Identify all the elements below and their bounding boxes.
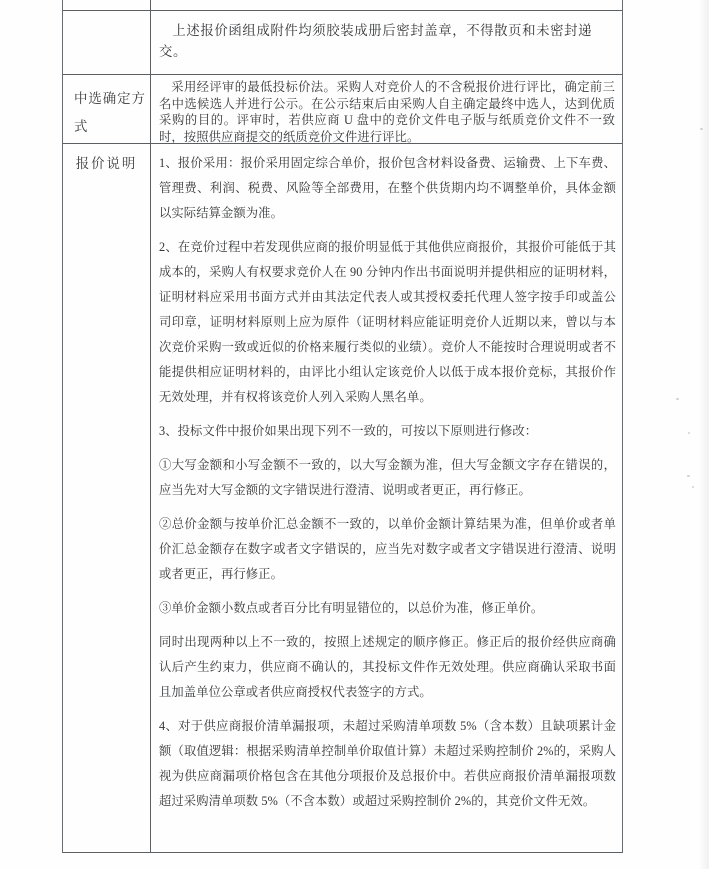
scanned-document-page: 上述报价函组成附件均须胶装成册后密封盖章，不得散页和未密封递交。 中选确定方式 … — [0, 0, 709, 869]
scan-speck — [688, 432, 690, 434]
table-row-continuation-spacer — [63, 0, 622, 10]
scan-speck — [676, 398, 679, 400]
scan-edge-shadow — [699, 0, 709, 869]
selection-method-label: 中选确定方式 — [63, 75, 150, 141]
table-row-quotation-notes: 报价说明 1、报价采用：报价采用固定综合单价，报价包含材料设备费、运输费、上下车… — [63, 143, 622, 852]
quotation-note-paragraph-4: ①大写金额和小写金额不一致的，以大写金额为准，但大写金额文字存在错误的，应当先对… — [159, 453, 616, 503]
selection-method-label-cell: 中选确定方式 — [63, 75, 151, 143]
sealing-note-label-cell — [63, 11, 151, 74]
spacer-content-cell — [151, 0, 622, 10]
quotation-note-paragraph-7: 同时出现两种以上不一致的，按照上述规定的顺序修正。修正后的报价经供应商确认后产生… — [159, 630, 616, 705]
quotation-notes-content-cell: 1、报价采用：报价采用固定综合单价，报价包含材料设备费、运输费、上下车费、管理费… — [151, 144, 622, 852]
selection-method-content-cell: 采用经评审的最低投标价法。采购人对竞价人的不含税报价进行评比，确定前三名中选候选… — [151, 75, 622, 143]
scan-speck — [692, 486, 694, 488]
scan-speck — [687, 475, 690, 477]
table-row-sealing-note: 上述报价函组成附件均须胶装成册后密封盖章，不得散页和未密封递交。 — [63, 10, 622, 74]
quotation-note-paragraph-2: 2、在竞价过程中若发现供应商的报价明显低于其他供应商报价，其报价可能低于其成本的… — [159, 235, 616, 410]
quotation-notes-label-cell: 报价说明 — [63, 144, 151, 852]
quotation-note-paragraph-8: 4、对于供应商报价清单漏报项，未超过采购清单项数 5%（含本数）且缺项累计金额（… — [159, 714, 616, 814]
quotation-note-paragraph-3: 3、投标文件中报价如果出现下列不一致的，可按以下原则进行修改： — [159, 419, 616, 444]
selection-method-text: 采用经评审的最低投标价法。采购人对竞价人的不含税报价进行评比，确定前三名中选候选… — [151, 75, 622, 143]
table-row-selection-method: 中选确定方式 采用经评审的最低投标价法。采购人对竞价人的不含税报价进行评比，确定… — [63, 74, 622, 143]
spacer-label-cell — [63, 0, 151, 10]
procurement-terms-table: 上述报价函组成附件均须胶装成册后密封盖章，不得散页和未密封递交。 中选确定方式 … — [62, 0, 623, 853]
quotation-note-paragraph-1: 1、报价采用：报价采用固定综合单价，报价包含材料设备费、运输费、上下车费、管理费… — [159, 151, 616, 226]
quotation-notes-label: 报价说明 — [63, 144, 150, 172]
sealing-note-content-cell: 上述报价函组成附件均须胶装成册后密封盖章，不得散页和未密封递交。 — [151, 11, 622, 74]
quotation-note-paragraph-5: ②总价金额与按单价汇总金额不一致的，以单价金额计算结果为准，但单价或者单价汇总金… — [159, 512, 616, 587]
sealing-note-text: 上述报价函组成附件均须胶装成册后密封盖章，不得散页和未密封递交。 — [151, 11, 622, 62]
quotation-note-paragraph-6: ③单价金额小数点或者百分比有明显错位的，以总价为准，修正单价。 — [159, 596, 616, 621]
